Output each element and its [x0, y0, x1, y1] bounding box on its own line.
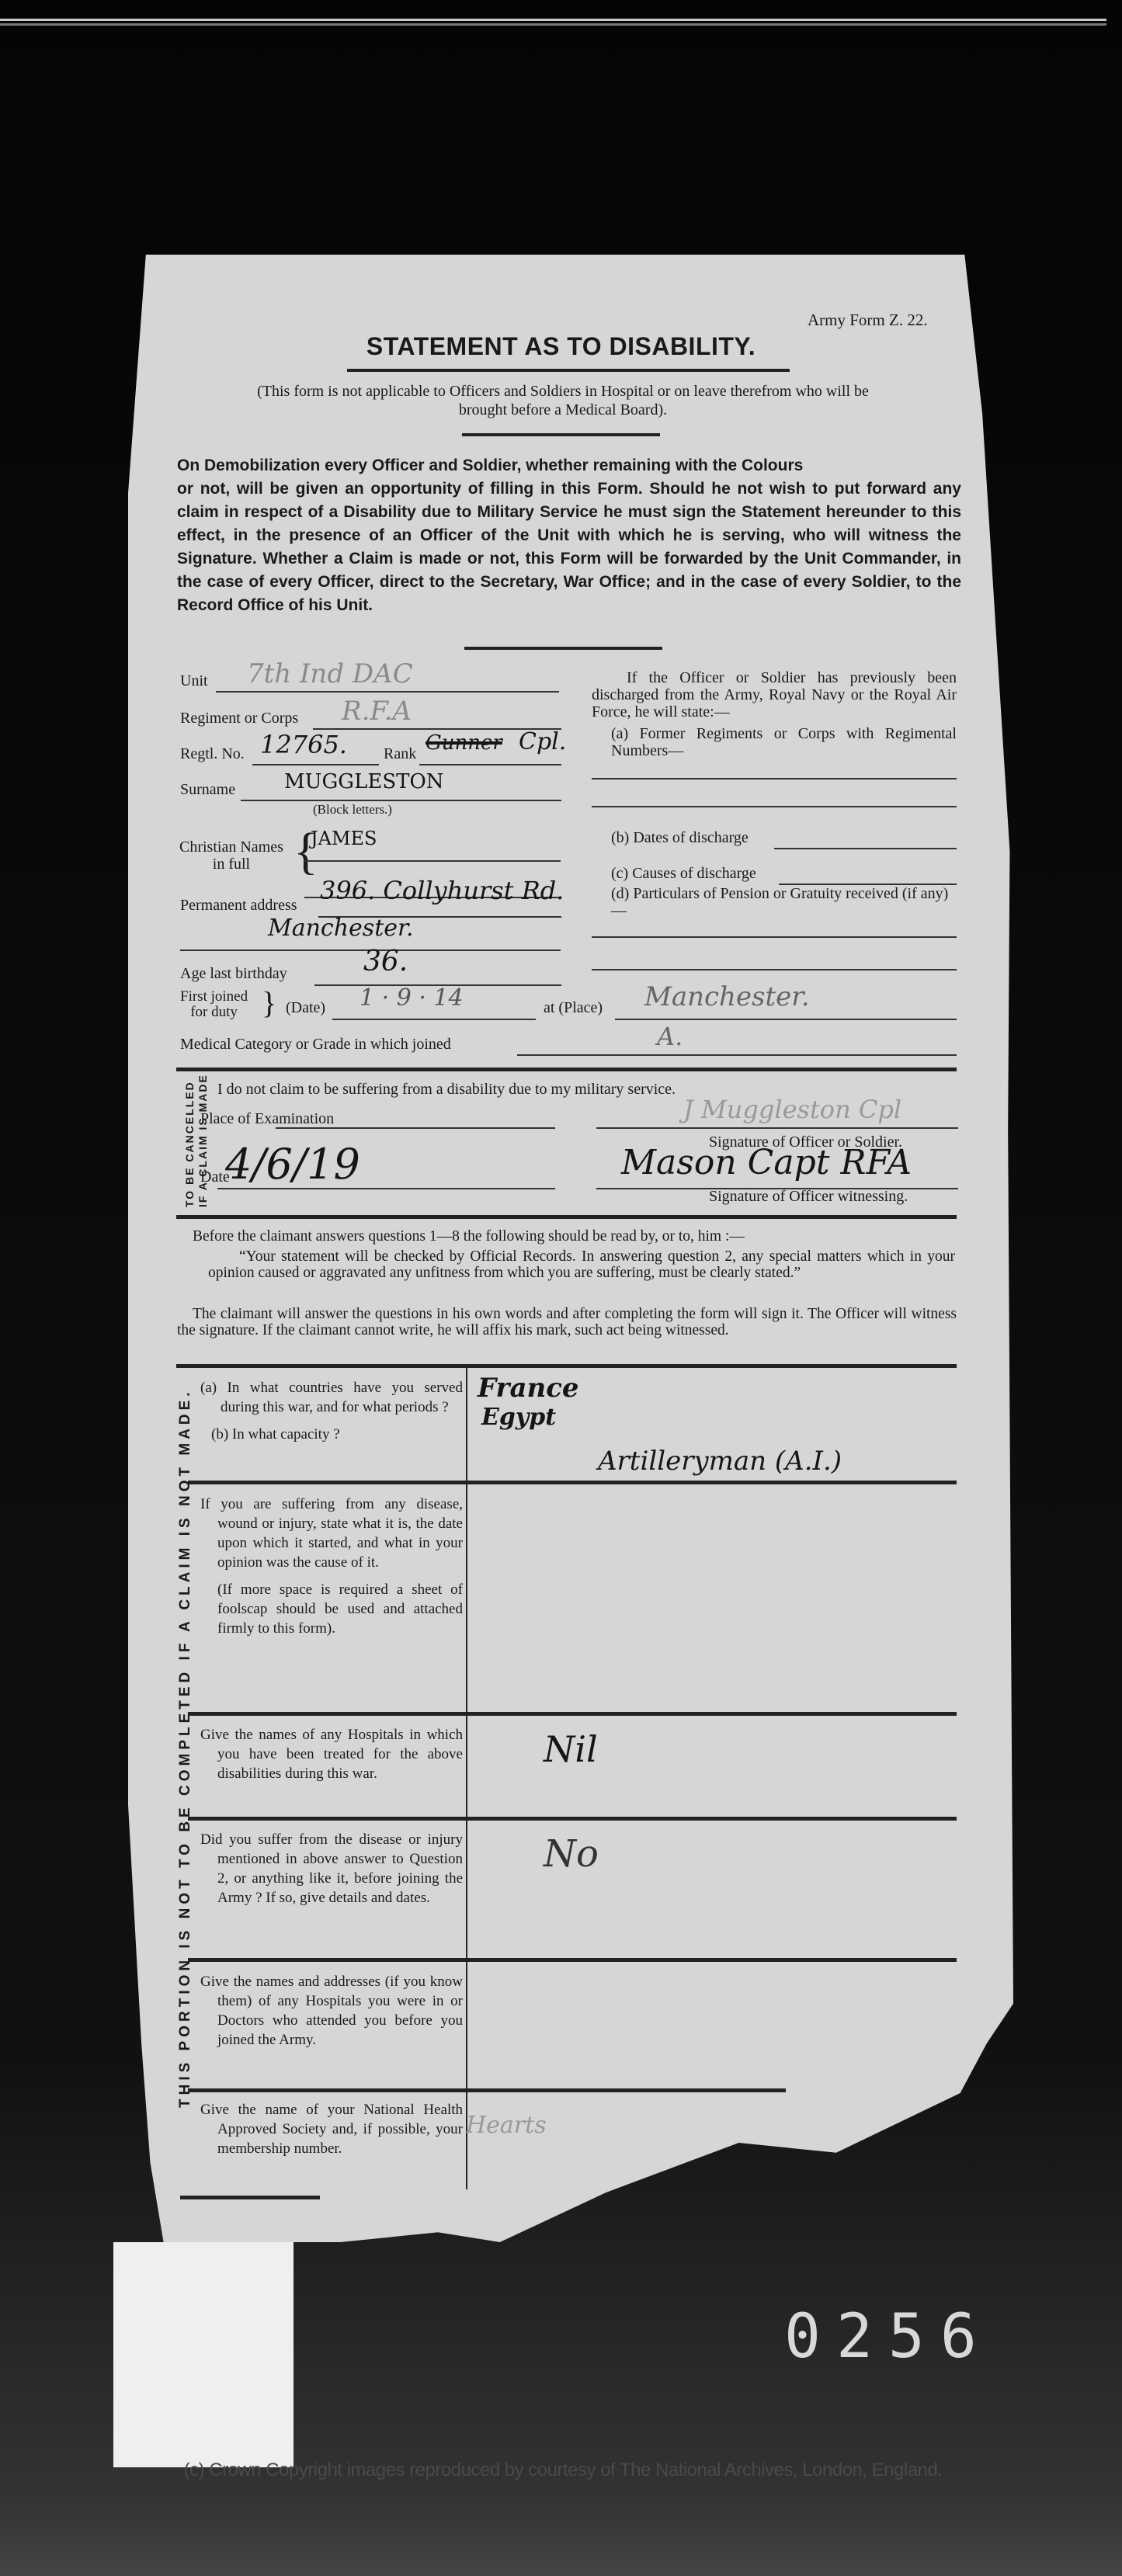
question-5: Give the names and addresses (if you kno… [200, 1972, 463, 2050]
section-rule [176, 1364, 957, 1368]
surname-value: MUGGLESTON [284, 770, 444, 793]
dates-of-discharge-label: (b) Dates of discharge [611, 829, 749, 847]
intro-body: or not, will be given an opportunity of … [177, 477, 961, 617]
question-1: (a) In what countries have you served du… [200, 1378, 463, 1444]
dates-of-discharge-field[interactable] [774, 832, 957, 849]
first-joined-date-value: 1 · 9 · 14 [360, 984, 464, 1012]
medical-category-value: A. [657, 1022, 683, 1051]
row-rule [188, 1817, 957, 1821]
row-rule [188, 1958, 957, 1962]
white-card [113, 2242, 294, 2467]
surname-label: Surname [180, 781, 235, 799]
causes-of-discharge-field[interactable] [779, 868, 957, 885]
first-joined-label-line1: First joined [180, 988, 248, 1005]
row-rule [188, 1712, 957, 1716]
copyright-notice: (c) Crown Copyright images reproduced by… [85, 2460, 1040, 2481]
christian-names-label-line1: Christian Names [179, 838, 283, 856]
claim-portion-side-label: THIS PORTION IS NOT TO BE COMPLETED IF A… [177, 1388, 194, 2108]
title-underline [347, 369, 790, 372]
regtl-no-value: 12765. [260, 730, 347, 759]
question-4-text: Did you suffer from the disease or injur… [200, 1830, 463, 1908]
question-5-text: Give the names and addresses (if you kno… [200, 1972, 463, 2050]
instructions-intro: Before the claimant answers questions 1—… [193, 1228, 969, 1245]
christian-names-value: JAMES [311, 828, 377, 849]
question-1-text-a: (a) In what countries have you served du… [200, 1378, 463, 1417]
pension-label: (d) Particulars of Pension or Gratuity r… [611, 885, 957, 919]
answer-4: No [544, 1832, 599, 1876]
former-regiments-field-2[interactable] [592, 803, 957, 807]
question-3: Give the names of any Hospitals in which… [200, 1725, 463, 1783]
regiment-label: Regiment or Corps [180, 710, 298, 727]
question-1-text-b: (b) In what capacity ? [200, 1425, 463, 1444]
page-title: STATEMENT AS TO DISABILITY. [0, 332, 1122, 361]
rank-value: Cpl. [519, 728, 566, 755]
address-label: Permanent address [180, 897, 297, 915]
row-rule [188, 1481, 957, 1484]
instructions-quote: “Your statement will be checked by Offic… [208, 1248, 955, 1281]
former-regiments-label: (a) Former Regiments or Corps with Regim… [611, 725, 957, 759]
question-6-text: Give the name of your National Health Ap… [200, 2100, 463, 2158]
officer-signature-label: Signature of Officer witnessing. [709, 1188, 908, 1206]
army-form-number: Army Form Z. 22. [808, 311, 928, 330]
block-letters-hint: (Block letters.) [313, 802, 392, 818]
answer-1a-line1: France [478, 1373, 579, 1404]
discharge-intro: If the Officer or Soldier has previously… [592, 669, 957, 720]
film-edge-line [0, 19, 1106, 21]
medical-category-field[interactable] [517, 1039, 957, 1056]
place-label: at (Place) [544, 999, 603, 1017]
divider [462, 433, 660, 436]
medical-category-label: Medical Category or Grade in which joine… [180, 1036, 451, 1054]
answer-6: Hearts [466, 2112, 547, 2139]
first-joined-place-value: Manchester. [644, 981, 810, 1012]
cancel-side-label: TO BE CANCELLED IF A CLAIM IS MADE [183, 1074, 210, 1207]
cancel-side-label-line2: IF A CLAIM IS MADE [196, 1074, 209, 1207]
unit-label: Unit [180, 672, 208, 690]
answer-5-field[interactable] [470, 1964, 905, 2081]
intro-first-line: On Demobilization every Officer and Sold… [177, 454, 961, 477]
answer-1b: Artilleryman (A.I.) [598, 1446, 842, 1477]
former-regiments-field[interactable] [592, 775, 957, 779]
christian-names-label: Christian Names in full [179, 838, 283, 873]
age-value: 36. [363, 946, 408, 977]
soldier-signature-value: J Muggleston Cpl [683, 1095, 901, 1124]
answer-1a-line2: Egypt [481, 1404, 556, 1431]
form-subtitle: (This form is not applicable to Officers… [233, 382, 893, 419]
brace: } [262, 988, 276, 1019]
row-rule [180, 2196, 320, 2199]
question-4: Did you suffer from the disease or injur… [200, 1830, 463, 1908]
no-claim-statement: I do not claim to be suffering from a di… [217, 1081, 676, 1099]
film-edge-line [0, 23, 1106, 26]
row-rule [188, 2088, 786, 2092]
instructions-signing: The claimant will answer the questions i… [177, 1306, 957, 1338]
date-label: (Date) [286, 999, 325, 1017]
question-2: If you are suffering from any disease, w… [200, 1495, 463, 1638]
address-line1-value: 396. Collyhurst Rd. [320, 876, 564, 905]
rank-label: Rank [384, 745, 416, 763]
regiment-value: R.F.A [342, 696, 412, 727]
question-6: Give the name of your National Health Ap… [200, 2100, 463, 2158]
unit-value: 7th Ind DAC [247, 658, 413, 689]
question-2-note: (If more space is required a sheet of fo… [200, 1580, 463, 1638]
officer-signature-value: Mason Capt RFA [621, 1143, 912, 1182]
answer-2-field[interactable] [470, 1486, 955, 1703]
age-label: Age last birthday [180, 965, 287, 983]
section-rule [176, 1215, 957, 1219]
age-field[interactable] [314, 969, 561, 986]
christian-names-label-line2: in full [213, 856, 250, 873]
intro-paragraph: On Demobilization every Officer and Sold… [177, 454, 961, 617]
answer-3: Nil [544, 1728, 598, 1770]
pension-field[interactable] [592, 933, 957, 938]
first-joined-label: First joined for duty [180, 989, 248, 1020]
table-column-divider [466, 1366, 467, 2189]
first-joined-label-line2: for duty [190, 1004, 238, 1020]
place-of-examination-field[interactable] [276, 1112, 555, 1129]
section-rule [176, 1068, 957, 1071]
regtl-no-label: Regtl. No. [180, 745, 245, 763]
pension-field-2[interactable] [592, 966, 957, 970]
declaration-date-value: 4/6/19 [225, 1140, 360, 1189]
causes-of-discharge-label: (c) Causes of discharge [611, 865, 756, 883]
rank-struck-value: Gunner [426, 731, 502, 755]
divider [464, 647, 662, 650]
frame-counter: 0256 [784, 2302, 992, 2372]
question-3-text: Give the names of any Hospitals in which… [200, 1725, 463, 1783]
address-line2-value: Manchester. [268, 915, 414, 942]
question-2-text: If you are suffering from any disease, w… [200, 1495, 463, 1572]
cancel-side-label-line1: TO BE CANCELLED [183, 1081, 196, 1207]
